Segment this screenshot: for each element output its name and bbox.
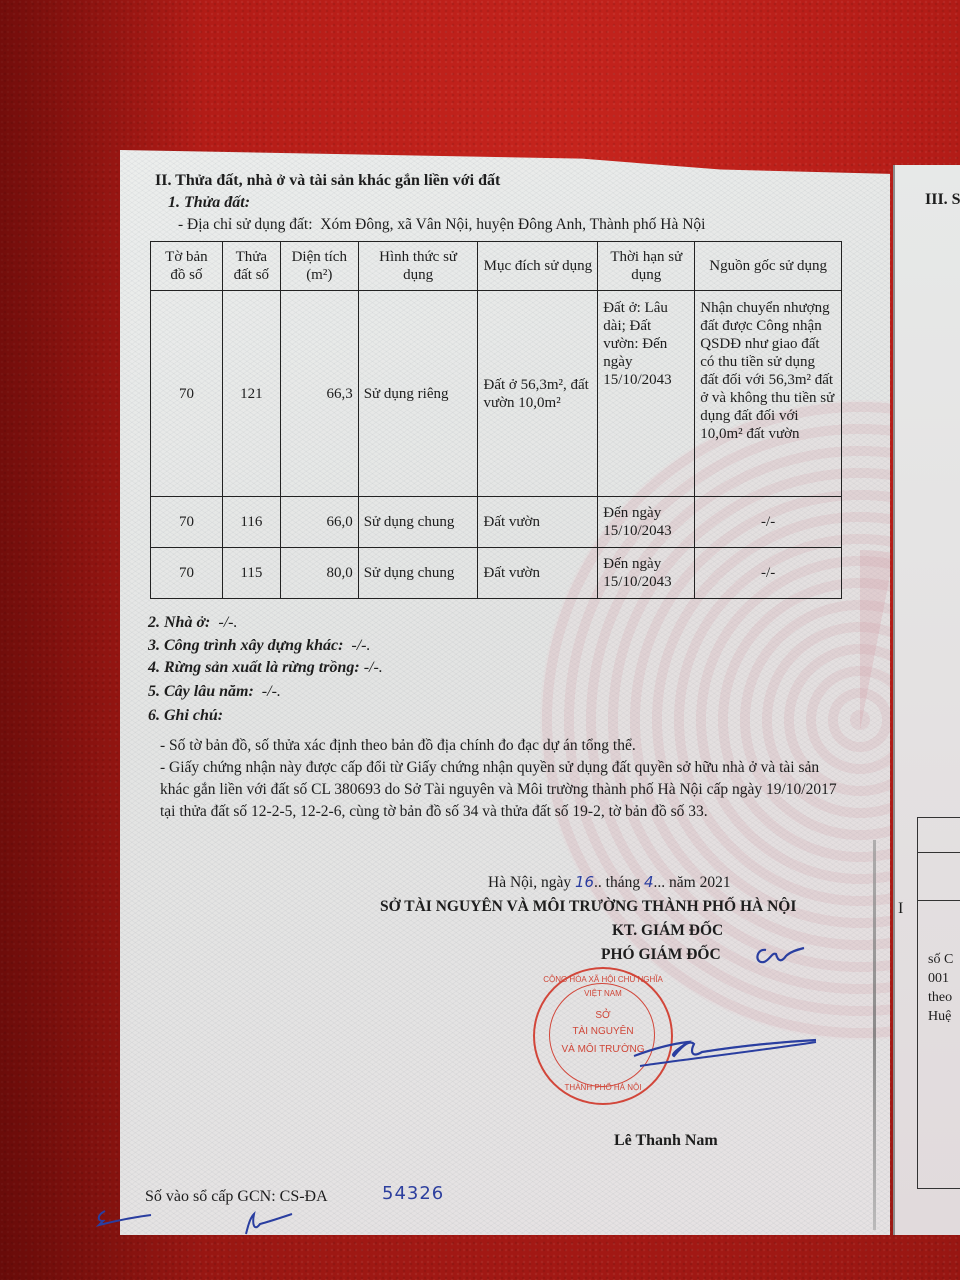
date-prefix: Hà Nội, ngày (488, 874, 571, 891)
month-prefix: .. tháng (594, 874, 640, 891)
stamp-line-1: SỞ (535, 1009, 671, 1023)
notes-block: - Số tờ bản đồ, số thửa xác định theo bả… (160, 735, 840, 823)
note-item: - Số tờ bản đồ, số thửa xác định theo bả… (160, 735, 840, 757)
cell-form: Sử dụng riêng (358, 291, 478, 497)
cell-map-sheet: 70 (151, 548, 223, 599)
right-page-mark: I (898, 900, 903, 918)
parcel-table: Tờ bản đồ số Thửa đất số Diện tích (m²) … (150, 241, 842, 599)
cell-origin: -/- (695, 548, 842, 599)
cell-origin: -/- (695, 497, 842, 548)
cell-origin: Nhận chuyển nhượng đất được Công nhận QS… (695, 291, 842, 497)
item-other-construction-value: -/-. (351, 637, 370, 654)
cell-area: 66,0 (280, 497, 358, 548)
cell-map-sheet: 70 (151, 291, 223, 497)
right-page-divider (917, 852, 960, 853)
cell-area: 80,0 (280, 548, 358, 599)
cell-purpose: Đất vườn (478, 548, 598, 599)
handwritten-month: 4 (644, 873, 654, 891)
right-page-divider (917, 900, 960, 901)
right-page-heading: III. S (925, 191, 960, 209)
year-text: ... năm 2021 (654, 874, 731, 891)
item-production-forest: 4. Rừng sản xuất là rừng trồng: -/-. (148, 659, 383, 677)
registration-number: 54326 (382, 1183, 444, 1204)
cell-purpose: Đất vườn (478, 497, 598, 548)
item-production-forest-value: -/-. (364, 659, 383, 676)
header-form: Hình thức sử dụng (358, 242, 478, 291)
item-other-construction-label: 3. Công trình xây dựng khác: (148, 637, 343, 654)
cell-purpose: Đất ở 56,3m², đất vườn 10,0m² (478, 291, 598, 497)
item-other-construction: 3. Công trình xây dựng khác: -/-. (148, 637, 371, 655)
header-origin: Nguồn gốc sử dụng (695, 242, 842, 291)
note-item: - Giấy chứng nhận này được cấp đổi từ Gi… (160, 757, 840, 823)
cell-area: 66,3 (280, 291, 358, 497)
cell-term: Đến ngày 15/10/2043 (598, 497, 695, 548)
item-house-value: -/-. (218, 614, 237, 631)
right-page-text: số C 001 theo Huệ (928, 950, 953, 1026)
cell-form: Sử dụng chung (358, 497, 478, 548)
item-house: 2. Nhà ở: -/-. (148, 614, 237, 632)
item-house-label: 2. Nhà ở: (148, 614, 210, 631)
header-area: Diện tích (m²) (280, 242, 358, 291)
right-page: III. S I số C 001 theo Huệ (893, 165, 960, 1235)
handwritten-initial-icon (240, 1210, 300, 1238)
issue-date: Hà Nội, ngày 16.. tháng 4... năm 2021 (488, 873, 731, 892)
cell-parcel: 116 (222, 497, 280, 548)
header-term: Thời hạn sử dụng (598, 242, 695, 291)
registration-label: Số vào sổ cấp GCN: CS-ĐA (145, 1188, 328, 1206)
cell-term: Đất ở: Lâu dài; Đất vườn: Đến ngày 15/10… (598, 291, 695, 497)
initial-signature-icon (752, 942, 812, 972)
item-perennial-trees-value: -/-. (262, 683, 281, 700)
section-title: II. Thửa đất, nhà ở và tài sản khác gắn … (155, 172, 500, 190)
cell-parcel: 115 (222, 548, 280, 599)
table-row: 70 115 80,0 Sử dụng chung Đất vườn Đến n… (151, 548, 842, 599)
signer-title-kt: KT. GIÁM ĐỐC (612, 922, 723, 940)
address-value: Xóm Đông, xã Vân Nội, huyện Đông Anh, Th… (320, 216, 705, 233)
table-header-row: Tờ bản đồ số Thửa đất số Diện tích (m²) … (151, 242, 842, 291)
signer-name: Lê Thanh Nam (614, 1132, 718, 1150)
main-signature-icon (630, 1030, 820, 1085)
signer-position: PHÓ GIÁM ĐỐC (601, 946, 721, 964)
cell-term: Đến ngày 15/10/2043 (598, 548, 695, 599)
table-row: 70 121 66,3 Sử dụng riêng Đất ở 56,3m², … (151, 291, 842, 497)
header-map-sheet: Tờ bản đồ số (151, 242, 223, 291)
item-perennial-trees: 5. Cây lâu năm: -/-. (148, 683, 281, 701)
notes-heading: 6. Ghi chú: (148, 707, 223, 725)
issuing-agency: SỞ TÀI NGUYÊN VÀ MÔI TRƯỜNG THÀNH PHỐ HÀ… (380, 898, 796, 916)
land-address: - Địa chỉ sử dụng đất: Xóm Đông, xã Vân … (178, 216, 705, 234)
stamp-ring-text: CỘNG HÒA XÃ HỘI CHỦ NGHĨA VIỆT NAM (535, 973, 671, 1001)
handwritten-day: 16 (575, 873, 594, 891)
cell-parcel: 121 (222, 291, 280, 497)
header-purpose: Mục đích sử dụng (478, 242, 598, 291)
table-row: 70 116 66,0 Sử dụng chung Đất vườn Đến n… (151, 497, 842, 548)
item-production-forest-label: 4. Rừng sản xuất là rừng trồng: (148, 659, 360, 676)
header-parcel: Thửa đất số (222, 242, 280, 291)
address-label: - Địa chỉ sử dụng đất: (178, 216, 313, 233)
handwritten-initial-icon (95, 1205, 155, 1230)
cell-form: Sử dụng chung (358, 548, 478, 599)
cell-map-sheet: 70 (151, 497, 223, 548)
item-perennial-trees-label: 5. Cây lâu năm: (148, 683, 254, 700)
subsection-title: 1. Thửa đất: (168, 194, 250, 212)
page-crease (873, 840, 876, 1230)
